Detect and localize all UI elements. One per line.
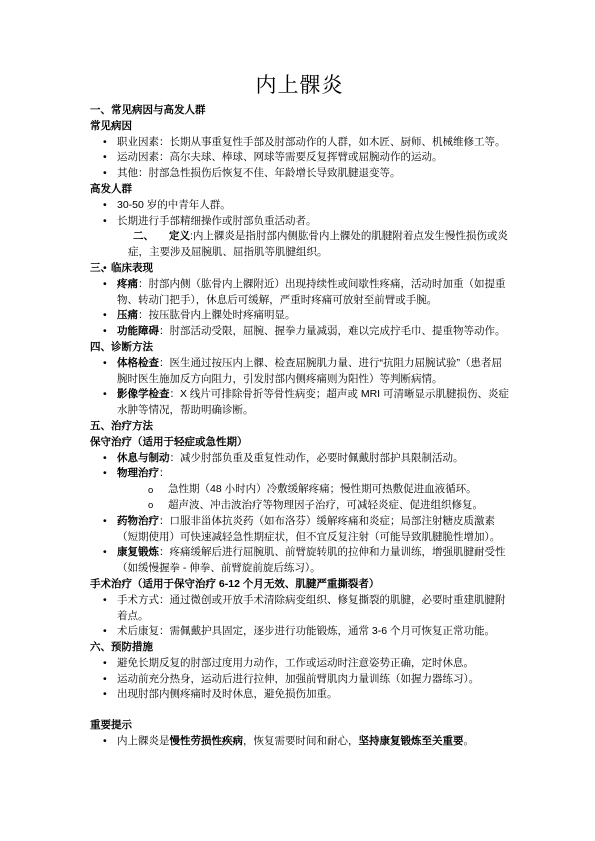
bullet-item: •运动前充分热身，运动后进行拉伸，加强前臂肌肉力量训练（如握力器练习）。 [90,672,509,688]
sub-bullet-item: o急性期（48 小时内）冷敷缓解疼痛；慢性期可热敷促进血液循环。 [90,482,509,498]
bold-text-run: 功能障碍 [117,325,159,337]
bullet-item: •避免长期反复的肘部过度用力动作，工作或运动时注意姿势正确，定时休息。 [90,656,509,672]
text-run: 避免长期反复的肘部过度用力动作，工作或运动时注意姿势正确，定时休息。 [117,657,474,669]
bullet-icon: • [103,214,107,230]
spacer [90,703,509,718]
text-run: 30-50 岁的中青年人群。 [117,199,231,211]
text-run: 重要提示 [90,719,132,731]
section-heading: 三、临床表现 [90,261,509,277]
definition-item: 二、定义:内上髁炎是指肘部内侧肱骨内上髁处的肌腱附着点发生慢性损伤或炎症，主要涉… [90,229,509,261]
text-run: 手术治疗（适用于保守治疗 6-12 个月无效、肌腱严重撕裂者） [90,578,379,590]
bullet-icon: • [103,277,107,293]
bullet-item: •内上髁炎是慢性劳损性疾病，恢复需要时间和耐心，坚持康复锻炼至关重要。 [90,734,509,750]
text-run: 运动前充分热身，运动后进行拉伸，加强前臂肌肉力量训练（如握力器练习）。 [117,673,479,685]
bold-text-run: 体格检查 [117,357,159,369]
section-heading: 五、治疗方法 [90,419,509,435]
bullet-icon: • [103,624,107,640]
bullet-item: •物理治疗： [90,466,509,482]
list-number: 二、 [133,230,154,242]
bullet-item: •运动因素：高尔夫球、棒球、网球等需要反复挥臂或屈腕动作的运动。 [90,150,509,166]
bold-text-run: 坚持康复锻炼至关重要 [359,735,464,747]
page-title: 内上髁炎 [90,72,509,99]
section-heading: 一、常见病因与高发人群 [90,103,509,119]
bold-text-run: 慢性劳损性疾病 [170,735,244,747]
text-run: 高发人群 [90,183,132,195]
sub-heading: 重要提示 [90,718,509,734]
bullet-item: •手术方式：通过微创或开放手术清除病变组织、修复撕裂的肌腱，必要时重建肌腱附着点… [90,593,509,625]
bullet-icon: • [103,593,107,609]
bold-text-run: 定义 [169,230,190,242]
bullet-icon: • [103,356,107,372]
bullet-icon: • [103,466,107,482]
text-run: 运动因素：高尔夫球、棒球、网球等需要反复挥臂或屈腕动作的运动。 [117,151,443,163]
text-run: 常见病因 [90,120,132,132]
text-run: 四、诊断方法 [90,341,153,353]
text-run: ：肘部活动受限，屈腕、握拳力量减弱，难以完成拧毛巾、提重物等动作。 [159,325,506,337]
bold-text-run: 物理治疗 [117,467,159,479]
text-run: 手术方式：通过微创或开放手术清除病变组织、修复撕裂的肌腱，必要时重建肌腱附着点。 [117,594,506,622]
bullet-item: •康复锻炼：疼痛缓解后进行屈腕肌、前臂旋转肌的拉伸和力量训练，增强肌腱耐受性（如… [90,545,509,577]
bullet-item: •休息与制动：减少肘部负重及重复性动作，必要时佩戴肘部护具限制活动。 [90,451,509,467]
text-run: ：按压肱骨内上髁处时疼痛明显。 [138,309,296,321]
text-run: ：疼痛缓解后进行屈腕肌、前臂旋转肌的拉伸和力量训练，增强肌腱耐受性（如缓慢握拳 … [117,546,506,574]
text-run: ：X 线片可排除骨折等骨性病变；超声或 MRI 可清晰显示肌腱损伤、炎症水肿等情… [117,388,509,416]
bullet-icon: • [103,308,107,324]
sub-bullet-item: o超声波、冲击波治疗等物理因子治疗，可减轻炎症、促进组织修复。 [90,498,509,514]
bold-text-run: 康复锻炼 [117,546,159,558]
text-run: 超声波、冲击波治疗等物理因子治疗，可减轻炎症、促进组织修复。 [168,499,483,511]
bullet-icon: • [103,687,107,703]
bullet-icon: • [103,166,107,182]
bullet-icon: • [103,324,107,340]
text-run: 术后康复：需佩戴护具固定，逐步进行功能锻炼，通常 3-6 个月可恢复正常功能。 [117,625,495,637]
text-run: 。 [464,735,475,747]
bullet-item: •影像学检查：X 线片可排除骨折等骨性病变；超声或 MRI 可清晰显示肌腱损伤、… [90,387,509,419]
bold-text-run: 影像学检查 [117,388,170,400]
text-run: ，恢复需要时间和耐心， [243,735,359,747]
bullet-icon: • [103,656,107,672]
bullet-icon: • [103,387,107,403]
section-heading: 四、诊断方法 [90,340,509,356]
text-run: 三、临床表现 [90,262,153,274]
text-run: 其他：肘部急性损伤后恢复不佳、年龄增长导致肌腱退变等。 [117,167,401,179]
bold-text-run: 药物治疗 [117,515,159,527]
document-page: 内上髁炎 一、常见病因与高发人群常见病因•职业因素：长期从事重复性手部及肘部动作… [0,0,595,841]
bold-text-run: 疼痛 [117,278,138,290]
bold-text-run: 压痛 [117,309,138,321]
bullet-icon: • [103,135,107,151]
bullet-item: •药物治疗：口服非甾体抗炎药（如布洛芬）缓解疼痛和炎症；局部注射糖皮质激素（短期… [90,514,509,546]
sub-heading: 高发人群 [90,182,509,198]
text-run: ：口服非甾体抗炎药（如布洛芬）缓解疼痛和炎症；局部注射糖皮质激素（短期使用）可快… [117,515,500,543]
sub-heading: 手术治疗（适用于保守治疗 6-12 个月无效、肌腱严重撕裂者） [90,577,509,593]
text-run: ：肘部内侧（肱骨内上髁附近）出现持续性或间歇性疼痛，活动时加重（如提重物、转动门… [117,278,506,306]
text-run: 六、预防措施 [90,641,153,653]
sub-heading: 保守治疗（适用于轻症或急性期） [90,435,509,451]
text-run: 出现肘部内侧疼痛时及时休息，避免损伤加重。 [117,688,338,700]
bullet-icon: • [103,150,107,166]
bullet-item: •30-50 岁的中青年人群。 [90,198,509,214]
sub-heading: 常见病因 [90,119,509,135]
text-run: 一、常见病因与高发人群 [90,104,206,116]
bullet-icon: • [103,672,107,688]
bullet-item: •体格检查：医生通过按压内上髁、检查屈腕肌力量、进行“抗阻力屈腕试验”（患者屈腕… [90,356,509,388]
bullet-item: •其他：肘部急性损伤后恢复不佳、年龄增长导致肌腱退变等。 [90,166,509,182]
bold-text-run: 休息与制动 [117,452,170,464]
bullet-item: •职业因素：长期从事重复性手部及肘部动作的人群，如木匠、厨师、机械维修工等。 [90,135,509,151]
text-run: 长期进行手部精细操作或肘部负重活动者。 [117,215,317,227]
text-run: 五、治疗方法 [90,420,153,432]
bullet-item: •压痛：按压肱骨内上髁处时疼痛明显。 [90,308,509,324]
bullet-item: •功能障碍：肘部活动受限，屈腕、握拳力量减弱，难以完成拧毛巾、提重物等动作。 [90,324,509,340]
document-body: 一、常见病因与高发人群常见病因•职业因素：长期从事重复性手部及肘部动作的人群，如… [90,103,509,750]
text-run: 急性期（48 小时内）冷敷缓解疼痛；慢性期可热敷促进血液循环。 [168,483,477,495]
bullet-item: •术后康复：需佩戴护具固定，逐步进行功能锻炼，通常 3-6 个月可恢复正常功能。 [90,624,509,640]
section-heading: 六、预防措施 [90,640,509,656]
bullet-item: •疼痛：肘部内侧（肱骨内上髁附近）出现持续性或间歇性疼痛，活动时加重（如提重物、… [90,277,509,309]
bullet-item: •长期进行手部精细操作或肘部负重活动者。 [90,214,509,230]
text-run: ：减少肘部负重及重复性动作，必要时佩戴肘部护具限制活动。 [170,452,464,464]
text-run: 内上髁炎是 [117,735,170,747]
text-run: 保守治疗（适用于轻症或急性期） [90,436,248,448]
bullet-item: •出现肘部内侧疼痛时及时休息，避免损伤加重。 [90,687,509,703]
bullet-icon: • [103,198,107,214]
text-run: ：医生通过按压内上髁、检查屈腕肌力量、进行“抗阻力屈腕试验”（患者屈腕时医生施加… [117,357,502,385]
text-run: ： [159,467,170,479]
circle-bullet-icon: o [148,483,153,499]
circle-bullet-icon: o [148,498,153,514]
bullet-icon: • [103,545,107,561]
text-run: 职业因素：长期从事重复性手部及肘部动作的人群，如木匠、厨师、机械维修工等。 [117,136,506,148]
bullet-icon: • [103,451,107,467]
bullet-icon: • [103,514,107,530]
bullet-icon: • [103,734,107,750]
